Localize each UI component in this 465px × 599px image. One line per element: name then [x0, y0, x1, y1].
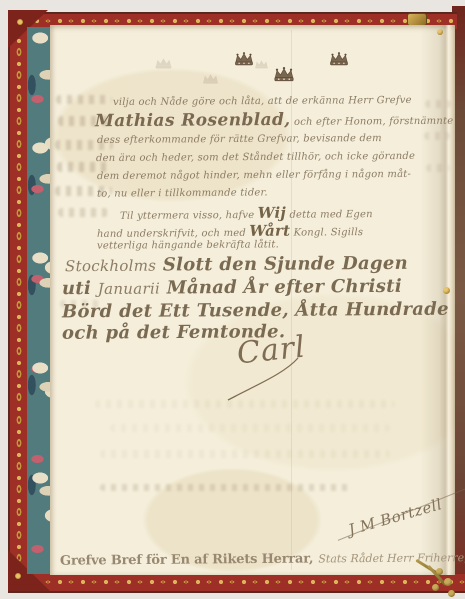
text-span: hand underskrifvit, och med: [97, 228, 246, 240]
crown-icon: [270, 66, 298, 84]
gold-bead: [437, 29, 443, 35]
show-through-smudge: [100, 450, 390, 458]
ghost-crown-icon: [199, 72, 222, 86]
show-through-smudge: [56, 95, 112, 104]
manuscript-photo: vilja och Nåde göre och låta, att de erk…: [0, 0, 465, 599]
show-through-text-line: [100, 484, 350, 491]
text-span: Til yttermera visso, hafve: [120, 210, 254, 222]
date-line: Stockholms Slott den Sjunde Dagen: [65, 253, 408, 276]
text-line: Til yttermera visso, hafve Wij detta med…: [120, 203, 373, 223]
show-through-smudge: [424, 132, 450, 140]
royal-we-word: Wij: [258, 204, 286, 222]
text-line: vilja och Nåde göre och låta, att de erk…: [113, 95, 412, 108]
docket-title: Grefve Bref för En af Rikets Herrar,: [60, 551, 313, 568]
date-line: Börd det Ett Tusende, Åtta Hundrade: [62, 299, 449, 323]
text-line: dem deremot något hinder, mehn eller för…: [97, 169, 411, 182]
text-span: Månad År efter Christi: [167, 276, 402, 299]
show-through-smudge: [110, 424, 390, 432]
text-line: to, nu eller i tillkommande tider.: [97, 187, 268, 199]
docket-line: Grefve Bref för En af Rikets Herrar, Sta…: [60, 546, 450, 568]
month-word: Januarii: [98, 280, 161, 298]
recipient-name: Mathias Rosenblad,: [95, 110, 291, 131]
date-line: uti Januarii Månad År efter Christi: [62, 276, 402, 299]
royal-our-word: Wårt: [249, 222, 290, 240]
text-span: Slott den Sjunde Dagen: [163, 253, 408, 276]
docket-office: Stats Rådet Herr Friherre,: [318, 551, 465, 565]
ghost-crown-icon: [252, 58, 271, 71]
leather-border-bottom: [8, 574, 465, 593]
text-line: hand underskrifvit, och med Wårt Kongl. …: [97, 221, 363, 241]
text-span: Kongl. Sigills: [294, 227, 364, 238]
text-line: Mathias Rosenblad, och efter Honom, förs…: [95, 109, 453, 132]
text-line: den ära och heder, som det Ståndet tillh…: [96, 151, 415, 164]
signature-flourish: [214, 356, 310, 404]
show-through-smudge: [426, 164, 450, 172]
text-line: dess efterkommande för rätte Grefvar, be…: [97, 133, 382, 146]
place-word: Stockholms: [65, 257, 156, 276]
gold-bead: [443, 287, 450, 294]
gold-star-ornament: [15, 573, 21, 579]
ghost-crown-icon: [151, 56, 176, 71]
gold-star-ornament: [17, 19, 23, 25]
text-line: vetterliga hängande bekräfta låtit.: [97, 239, 279, 251]
text-span: och efter Honom, förstnämnte: [294, 116, 453, 128]
show-through-smudge: [425, 100, 451, 108]
leather-border-left: [8, 12, 29, 591]
text-span: detta med Egen: [289, 209, 372, 221]
text-span: uti: [62, 278, 91, 299]
crown-icon: [326, 51, 352, 68]
show-through-smudge: [58, 208, 108, 217]
